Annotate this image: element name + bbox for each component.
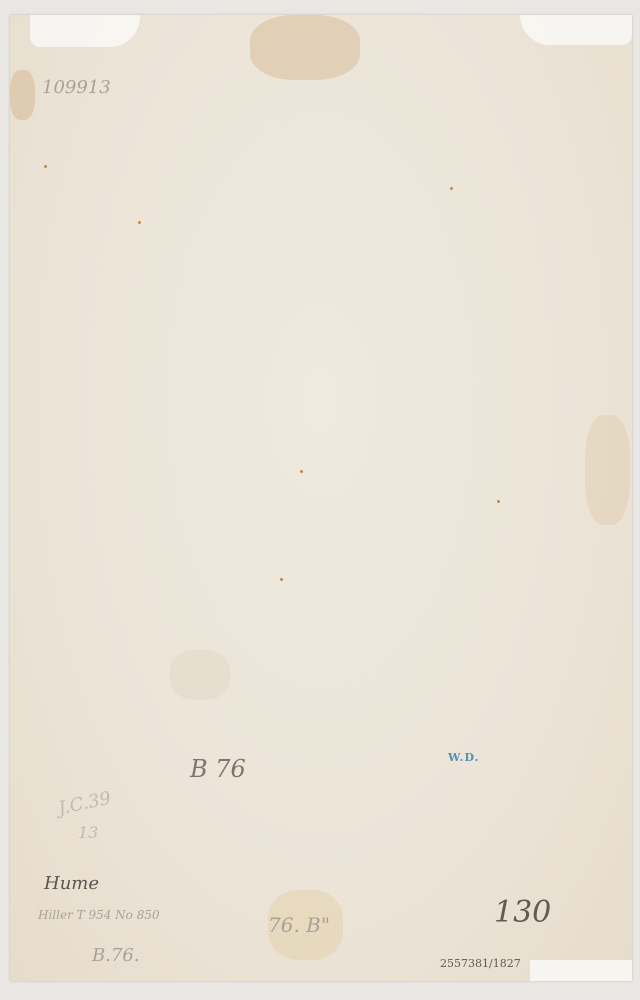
foxing-stain-mid (170, 650, 230, 700)
collector-stamp: W.D. (448, 751, 479, 764)
foxing-stain-right (585, 415, 630, 525)
hinge-bottom-right (530, 960, 632, 981)
hinge-top-right (520, 15, 632, 45)
foxing-stain-left (10, 70, 35, 120)
inscription-bottom-center: 76. B" (268, 913, 330, 937)
speck (300, 470, 303, 473)
speck (450, 187, 453, 190)
inscription-top-left-number: 109913 (42, 77, 111, 98)
inscription-center-mark: B 76 (190, 755, 246, 783)
speck (280, 578, 283, 581)
inventory-number: 2557381/1827 (440, 957, 521, 970)
inscription-faint-left-sub: 13 (78, 823, 98, 842)
inscription-reference-line: Hiller T 954 No 850 (38, 908, 160, 922)
speck (44, 165, 47, 168)
foxing-stain-top (250, 15, 360, 80)
paper-sheet: 109913 B 76 W.D. J.C.39 13 Hume Hiller T… (10, 15, 632, 981)
inscription-name: Hume (44, 873, 99, 894)
speck (138, 221, 141, 224)
inscription-faint-left: J.C.39 (56, 788, 112, 820)
inscription-bottom-right-number: 130 (494, 895, 551, 930)
speck (497, 500, 500, 503)
inscription-bottom-left: B.76. (92, 945, 140, 966)
hinge-top-left (30, 15, 140, 47)
